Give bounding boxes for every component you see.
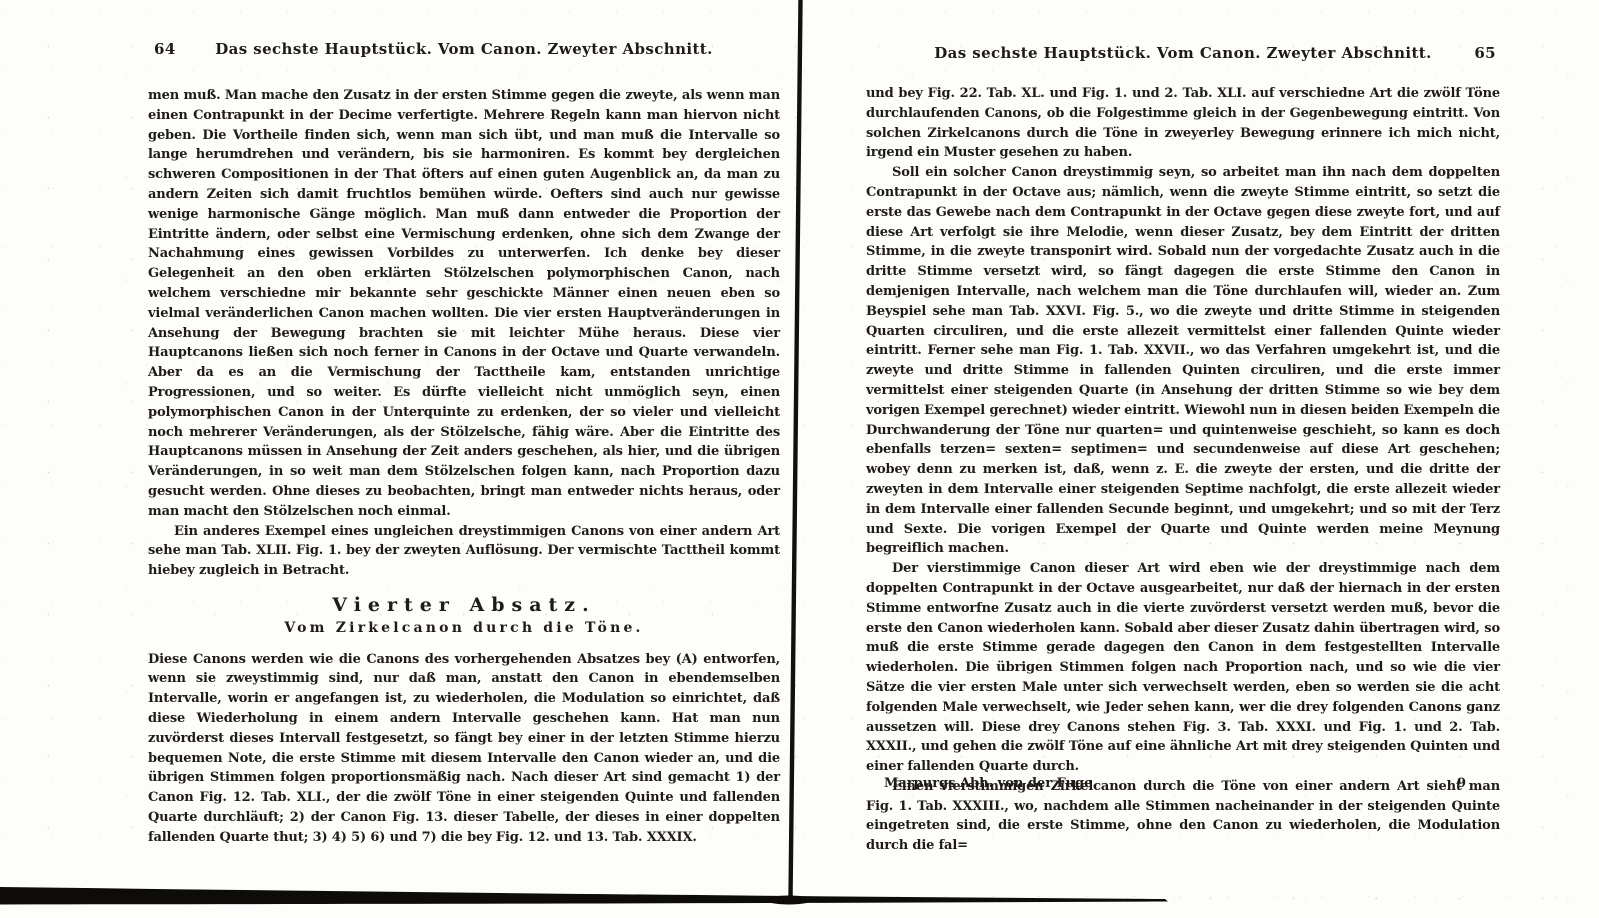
running-header-right: Das sechste Hauptstück. Vom Canon. Zweyt… (866, 44, 1500, 64)
paragraph: men muß. Man mache den Zusatz in der ers… (148, 86, 780, 522)
gutter-base-blot (765, 896, 813, 905)
footer-signature: Marpurgs Abh. von der Fuge. (866, 776, 1097, 791)
gutter-shadow-line (791, 0, 801, 899)
right-page: Das sechste Hauptstück. Vom Canon. Zweyt… (866, 44, 1500, 856)
running-header-title: Das sechste Hauptstück. Vom Canon. Zweyt… (215, 40, 713, 58)
paragraph: und bey Fig. 22. Tab. XL. und Fig. 1. un… (866, 84, 1500, 163)
paragraph: Der vierstimmige Canon dieser Art wird e… (866, 559, 1500, 777)
section-subheading: Vom Zirkelcanon durch die Töne. (148, 619, 780, 639)
paragraph: Soll ein solcher Canon dreystimmig seyn,… (866, 163, 1500, 559)
left-page: 64 Das sechste Hauptstück. Vom Canon. Zw… (148, 40, 780, 847)
paragraph: Ein anderes Exempel eines ungleichen dre… (148, 522, 780, 581)
section-heading: Vierter Absatz. (148, 596, 780, 616)
page-edge-shadow (0, 887, 1168, 905)
sheet-mark: 9 (1457, 776, 1466, 791)
left-page-body: men muß. Man mache den Zusatz in der ers… (148, 86, 780, 847)
page-number-left: 64 (154, 40, 176, 58)
page-number-right: 65 (1474, 44, 1496, 62)
right-page-body: und bey Fig. 22. Tab. XL. und Fig. 1. un… (866, 84, 1500, 856)
paragraph: Diese Canons werden wie die Canons des v… (148, 650, 780, 848)
running-header-title: Das sechste Hauptstück. Vom Canon. Zweyt… (934, 44, 1432, 62)
running-header-left: 64 Das sechste Hauptstück. Vom Canon. Zw… (148, 40, 780, 60)
book-scan: 64 Das sechste Hauptstück. Vom Canon. Zw… (0, 0, 1599, 918)
page-footer: Marpurgs Abh. von der Fuge. 9 (866, 776, 1466, 791)
